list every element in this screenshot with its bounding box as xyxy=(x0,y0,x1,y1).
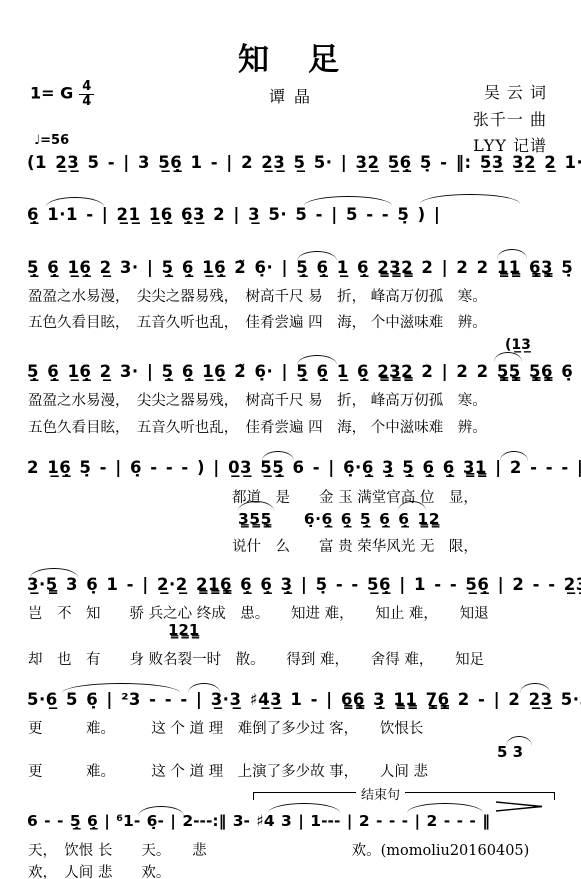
lyrics-line-8a: 天， 饮恨 长 天。 悲 欢。(momoliu20160405) xyxy=(28,839,529,860)
slur-arc xyxy=(520,683,550,693)
slur-arc xyxy=(297,355,337,365)
ending-label: 结束句 xyxy=(356,784,405,803)
slur-arc xyxy=(500,451,528,461)
key-signature: 1= G44 xyxy=(30,80,94,108)
lyrics-line-3a: 盈盈之水易漫， 尖尖之器易残， 树高千尺 易 折， 峰高万仞孤 寒。 xyxy=(28,285,487,306)
lyrics-line-8b: 欢， 人间 悲 欢。 xyxy=(28,861,170,879)
song-title: 知 足 xyxy=(0,34,581,79)
slur-arc xyxy=(262,451,294,461)
time-signature: 44 xyxy=(79,80,94,108)
composer-credit: 张千一 曲 xyxy=(473,107,547,130)
lyrics-line-4b: 五色久看目眩， 五音久听也乱， 佳肴尝遍 四 海， 个中滋味难 辨。 xyxy=(28,416,487,437)
slur-arc xyxy=(420,194,520,204)
lyrics-line-5b: 说什 么 富 贵 荣华风光 无 限， xyxy=(232,535,478,556)
slur-arc xyxy=(407,803,483,813)
slur-arc xyxy=(268,803,340,813)
lyrics-line-6a: 岂 不 知 骄 兵之心 终成 患。 知进 难， 知止 难， 知退 xyxy=(28,602,489,623)
slur-arc xyxy=(494,352,522,362)
ending-bracket: 结束句 xyxy=(253,792,555,800)
slur-arc xyxy=(506,736,532,746)
slur-arc xyxy=(62,683,180,693)
notation-line-2: 6̲̣ 1·1 - | 2̲1̲ 1̲6̲̣ 6̲̣3̲ 2 | 3̲ 5· 5… xyxy=(27,205,440,224)
lyrics-line-4a: 盈盈之水易漫， 尖尖之器易残， 树高千尺 易 折， 峰高万仞孤 寒。 xyxy=(28,389,487,410)
slur-arc xyxy=(30,568,78,578)
tempo-marking: ♩=56 xyxy=(34,133,69,148)
slur-arc xyxy=(497,249,527,259)
time-signature-numerator: 4 xyxy=(79,80,94,95)
lyrics-line-3b: 五色久看目眩， 五音久听也乱， 佳肴尝遍 四 海， 个中滋味难 辨。 xyxy=(28,311,487,332)
cue-notes-line-6: 1̳2̳1̳ xyxy=(168,621,199,639)
slur-arc xyxy=(138,806,184,816)
sheet-music-page: 知 足 谭 晶 1= G44 ♩=56 吴 云 词 张千一 曲 LYY 记谱 (… xyxy=(0,0,581,879)
slur-arc xyxy=(46,197,104,207)
lyrics-line-6b: 却 也 有 身 败名裂一时 散。 得到 难， 舍得 难， 知足 xyxy=(28,648,484,669)
slur-arc xyxy=(297,251,337,261)
lyricist-credit: 吴 云 词 xyxy=(484,80,547,103)
lyrics-line-7b: 更 难。 这 个 道 理 上演了多少故 事， 人间 悲 xyxy=(28,760,428,781)
notation-line-5: 2 1̲6̲̣ 5̣ - | 6̣ - - - ) | 0̲3̲ 5̲5̲̣ 6… xyxy=(27,458,581,477)
cue-notes-line-4: (1̲3̲ xyxy=(505,337,531,353)
key-label: 1= G xyxy=(30,84,73,103)
lyrics-line-7a: 更 难。 这 个 道 理 难倒了多少过 客， 饮恨长 xyxy=(28,717,423,738)
notation-line-8: 6 - - 5̲̣ 6̲̣ | ⁶1- 6̣- | 2---:‖ 3- ♯4 3… xyxy=(27,812,490,830)
slur-arc xyxy=(304,196,392,206)
slur-arc xyxy=(188,683,220,693)
notation-line-6: 3̲·5̳ 3 6̣ 1 - | 2̲·2̲ 2̳1̳6̳̣ 6̲̣ 6̲̣ 3… xyxy=(27,575,581,594)
notation-line-1: (1 2̲3̲ 5 - | 3 5̲6̲̣ 1 - | 2 2̲3̲ 5̲ 5·… xyxy=(27,153,581,172)
decrescendo-hairpin xyxy=(496,801,544,812)
time-signature-denominator: 4 xyxy=(79,95,94,109)
